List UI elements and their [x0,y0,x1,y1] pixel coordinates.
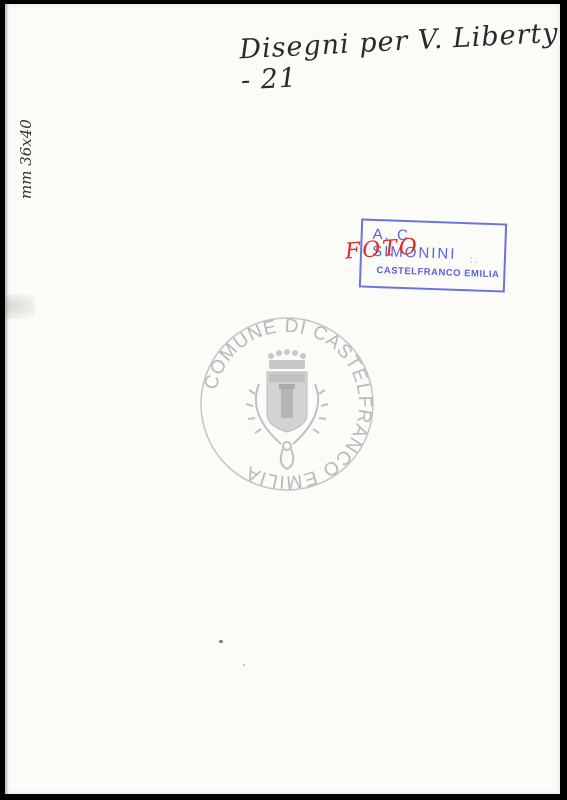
paper-speck [243,664,245,666]
handwritten-side-note: mm 36x40 [17,119,35,199]
crown-icon [268,349,306,369]
municipal-seal: COMUNE DI CASTELFRANCO EMILIA [197,314,377,494]
paper-smudge [5,294,35,319]
photo-back-paper: Disegni per V. Liberty - 21 mm 36x40 A. … [5,4,560,794]
handwritten-title-text: Disegni per V. Liberty - 21 [239,18,562,97]
stamp-overwrite-foto: FOTO [344,234,420,264]
paper-speck [219,640,223,643]
paper-edge-shadow [5,4,9,794]
stamp-city: CASTELFRANCO EMILIA [376,265,499,280]
shield-icon [267,372,307,432]
stamp-dots: : . [470,254,478,264]
handwritten-title: Disegni per V. Liberty - 21 [239,18,564,135]
